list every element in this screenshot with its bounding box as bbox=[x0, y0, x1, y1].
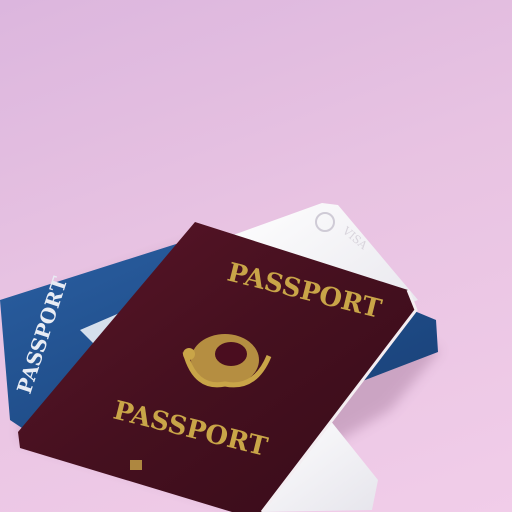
small-emblem-icon bbox=[130, 460, 142, 470]
photo-scene: VISA PASSPORT PASSPORT PASSPORT bbox=[0, 0, 512, 512]
